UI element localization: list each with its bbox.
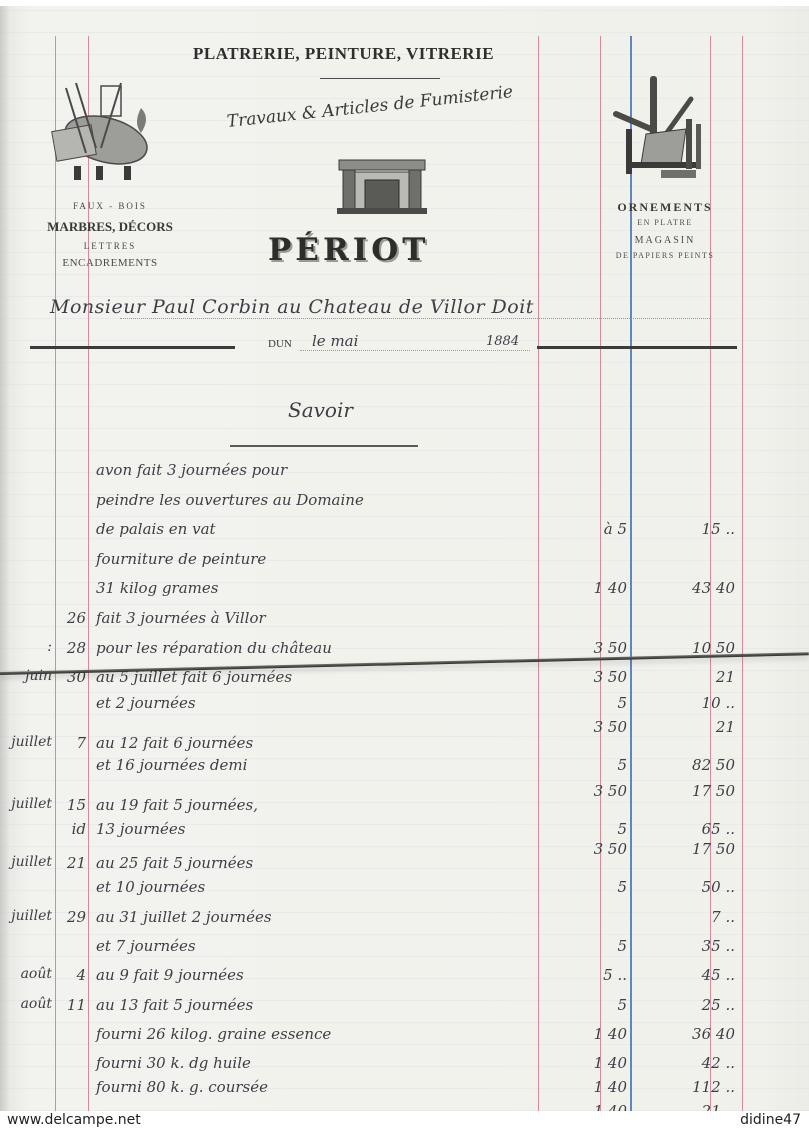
papiers-peints-label: DE PAPIERS PEINTS — [590, 251, 740, 260]
line-item: et 7 journées535 .. — [0, 937, 809, 959]
line-item: 31 kilog grames1 4043 40 — [0, 579, 809, 601]
line-item: août11au 13 fait 5 journées525 .. — [0, 996, 809, 1018]
en-platre-label: EN PLATRE — [590, 218, 740, 227]
watermark-seller: didine47 — [740, 1112, 801, 1128]
heavy-rule-right — [537, 346, 737, 349]
services-left: FAUX - BOIS MARBRES, DÉCORS LETTRES ENCA… — [20, 201, 200, 269]
lettres-label: LETTRES — [20, 241, 200, 251]
line-item: fourni 30 k. dg huile1 4042 .. — [0, 1054, 809, 1076]
line-item: et 10 journées550 .. — [0, 878, 809, 900]
company-name: PÉRIOT — [268, 232, 429, 268]
faux-bois-label: FAUX - BOIS — [20, 201, 200, 211]
services-right: ORNEMENTS EN PLATRE MAGASIN DE PAPIERS P… — [590, 200, 740, 260]
heavy-rule-left — [30, 346, 235, 349]
letterhead-subtitle: Travaux & Articles de Fumisterie — [226, 82, 514, 132]
line-item: juillet21au 25 fait 5 journées — [0, 854, 809, 876]
line-item: de palais en vatà 515 .. — [0, 520, 809, 542]
marbres-decors-label: MARBRES, DÉCORS — [20, 219, 200, 235]
line-item: juillet7au 12 fait 6 journées — [0, 734, 809, 756]
line-item: fourni 80 k. g. coursée1 40112 .. — [0, 1078, 809, 1100]
plasterer-tools-engraving-icon — [606, 74, 721, 194]
place-label: DUN — [268, 338, 292, 350]
heading-rule — [230, 445, 418, 447]
invoice-heading: Savoir — [288, 398, 353, 422]
invoice-date-day: le mai — [312, 332, 358, 350]
line-item: et 16 journées demi582 50 — [0, 756, 809, 778]
line-item: juillet15au 19 fait 5 journées, — [0, 796, 809, 818]
invoice-paper: PLATRERIE, PEINTURE, VITRERIE Travaux & … — [0, 6, 809, 1111]
invoice-date-year: 1884 — [486, 334, 519, 349]
line-item: peindre les ouvertures au Domaine — [0, 491, 809, 513]
fireplace-engraving-icon — [337, 158, 427, 216]
line-item: juillet29au 31 juillet 2 journées7 .. — [0, 908, 809, 930]
addressee: Monsieur Paul Corbin au Chateau de Villo… — [50, 296, 534, 318]
line-item: fourniture de peinture — [0, 550, 809, 572]
ornament-rule — [320, 78, 440, 79]
line-item: août4au 9 fait 9 journées5 ..45 .. — [0, 966, 809, 988]
line-item: id13 journées565 .. — [0, 820, 809, 842]
line-item: 26fait 3 journées à Villor — [0, 609, 809, 631]
line-item: avon fait 3 journées pour — [0, 461, 809, 483]
date-dotted-line — [300, 350, 530, 351]
watermark-site: www.delcampe.net — [7, 1112, 141, 1128]
encadrements-label: ENCADREMENTS — [20, 257, 200, 269]
magasin-label: MAGASIN — [590, 235, 740, 246]
line-item: et 2 journées510 .. — [0, 694, 809, 716]
line-item: 1 4021 .. — [0, 1102, 809, 1111]
painter-tools-engraving-icon — [46, 78, 161, 188]
line-item: fourni 26 kilog. graine essence1 4036 40 — [0, 1025, 809, 1047]
addressee-dotted-line — [120, 318, 710, 319]
ornements-label: ORNEMENTS — [590, 200, 740, 215]
trades-title: PLATRERIE, PEINTURE, VITRERIE — [193, 44, 494, 64]
